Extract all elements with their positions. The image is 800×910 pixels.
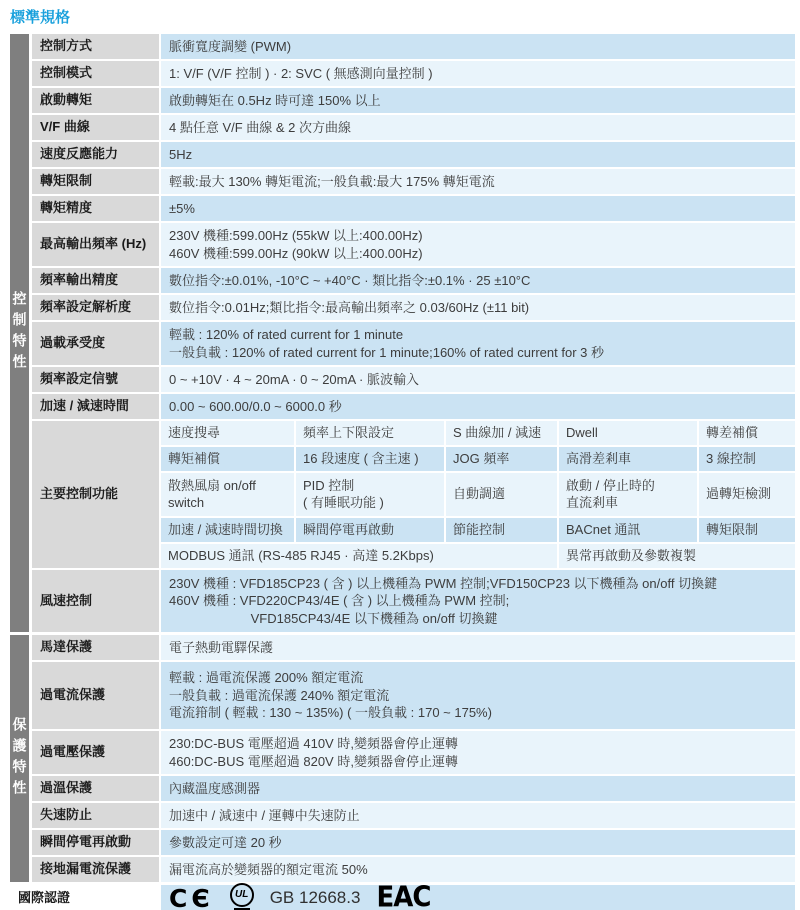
row-label: 控制模式 [32, 61, 159, 86]
row-value: 加速中 / 減速中 / 運轉中失速防止 [161, 803, 795, 828]
row-label: 過電壓保護 [32, 731, 159, 774]
gb-standard-text: GB 12668.3 [270, 887, 361, 910]
page-title: 標準規格 [10, 6, 795, 27]
row-value: 4 點任意 V/F 曲線 & 2 次方曲線 [161, 115, 795, 140]
row-value: 數位指令:0.01Hz;類比指令:最高輸出頻率之 0.03/60Hz (±11 … [161, 295, 795, 320]
control-section: 控制特性 控制方式 脈衝寬度調變 (PWM) 控制模式 1: V/F (V/F … [10, 34, 795, 632]
row-label: 過溫保護 [32, 776, 159, 801]
spec-row-overcurrent-protection: 過電流保護 輕載 : 過電流保護 200% 額定電流 一般負載 : 過電流保護 … [32, 662, 795, 729]
spec-row-torque-limit: 轉矩限制 輕載:最大 130% 轉矩電流;一般負載:最大 175% 轉矩電流 [32, 169, 795, 194]
function-cell: PID 控制 ( 有睡眠功能 ) [296, 473, 444, 516]
spec-page: 標準規格 控制特性 控制方式 脈衝寬度調變 (PWM) 控制模式 1: V/F … [0, 0, 800, 910]
spec-row-motor-protection: 馬達保護 電子熱動電驛保護 [32, 635, 795, 660]
row-label: 瞬間停電再啟動 [32, 830, 159, 855]
row-value: 0.00 ~ 600.00/0.0 ~ 6000.0 秒 [161, 394, 795, 419]
function-cell: 速度搜尋 [161, 421, 294, 445]
spec-row-control-method: 控制方式 脈衝寬度調變 (PWM) [32, 34, 795, 59]
function-cell: 散熱風扇 on/off switch [161, 473, 294, 516]
row-label: 主要控制功能 [32, 421, 159, 568]
function-cell: 轉矩限制 [699, 518, 795, 542]
row-value: 1: V/F (V/F 控制 ) · 2: SVC ( 無感測向量控制 ) [161, 61, 795, 86]
spec-row-speed-response: 速度反應能力 5Hz [32, 142, 795, 167]
row-label: 加速 / 減速時間 [32, 394, 159, 419]
ce-mark-icon: CЄ [169, 886, 214, 910]
modbus-comm-cell: MODBUS 通訊 (RS-485 RJ45 · 高達 5.2Kbps) [161, 544, 557, 568]
spec-row-vf-curve: V/F 曲線 4 點任意 V/F 曲線 & 2 次方曲線 [32, 115, 795, 140]
row-value: 數位指令:±0.01%, -10°C ~ +40°C · 類比指令:±0.1% … [161, 268, 795, 293]
function-cell: 轉矩補償 [161, 447, 294, 471]
row-label: 失速防止 [32, 803, 159, 828]
spec-row-momentary-power-loss-restart: 瞬間停電再啟動 參數設定可達 20 秒 [32, 830, 795, 855]
spec-row-overtemperature-protection: 過溫保護 內藏溫度感測器 [32, 776, 795, 801]
row-value: 電子熱動電驛保護 [161, 635, 795, 660]
row-value: ±5% [161, 196, 795, 221]
function-cell: 節能控制 [446, 518, 557, 542]
row-value: 脈衝寬度調變 (PWM) [161, 34, 795, 59]
row-label: 控制方式 [32, 34, 159, 59]
row-label: 過電流保護 [32, 662, 159, 729]
spec-row-frequency-setting-signal: 頻率設定信號 0 ~ +10V · 4 ~ 20mA · 0 ~ 20mA · … [32, 367, 795, 392]
spec-row-ground-leakage-protection: 接地漏電流保護 漏電流高於變頻器的額定電流 50% [32, 857, 795, 882]
eac-mark-icon: EAC [376, 884, 430, 910]
row-value: 230V 機種:599.00Hz (55kW 以上:400.00Hz) 460V… [161, 223, 795, 266]
spec-row-fan-control: 風速控制 230V 機種 : VFD185CP23 ( 含 ) 以上機種為 PW… [32, 570, 795, 632]
row-label: 頻率設定解析度 [32, 295, 159, 320]
function-cell: 3 線控制 [699, 447, 795, 471]
row-label: 過載承受度 [32, 322, 159, 365]
protection-section: 保護特性 馬達保護 電子熱動電驛保護 過電流保護 輕載 : 過電流保護 200%… [10, 635, 795, 882]
spec-row-main-control-functions: 主要控制功能 速度搜尋 頻率上下限設定 S 曲線加 / 減速 Dwell 轉差補… [32, 421, 795, 568]
function-cell: 高滑差剎車 [559, 447, 697, 471]
control-band-label: 控制特性 [10, 34, 29, 632]
row-value: 230V 機種 : VFD185CP23 ( 含 ) 以上機種為 PWM 控制;… [161, 570, 795, 632]
function-cell: Dwell [559, 421, 697, 445]
row-label: 頻率輸出精度 [32, 268, 159, 293]
spec-row-stall-prevention: 失速防止 加速中 / 減速中 / 運轉中失速防止 [32, 803, 795, 828]
row-value: 參數設定可達 20 秒 [161, 830, 795, 855]
row-label: 馬達保護 [32, 635, 159, 660]
spec-row-starting-torque: 啟動轉矩 啟動轉矩在 0.5Hz 時可達 150% 以上 [32, 88, 795, 113]
spec-row-frequency-output-accuracy: 頻率輸出精度 數位指令:±0.01%, -10°C ~ +40°C · 類比指令… [32, 268, 795, 293]
row-label: 頻率設定信號 [32, 367, 159, 392]
row-label: 國際認證 [10, 885, 159, 910]
row-label: 轉矩限制 [32, 169, 159, 194]
row-value: 輕載:最大 130% 轉矩電流;一般負載:最大 175% 轉矩電流 [161, 169, 795, 194]
restart-copy-cell: 異常再啟動及參數複製 [559, 544, 795, 568]
function-cell: 16 段速度 ( 含主速 ) [296, 447, 444, 471]
spec-row-overload-tolerance: 過載承受度 輕載 : 120% of rated current for 1 m… [32, 322, 795, 365]
spec-row-accel-decel-time: 加速 / 減速時間 0.00 ~ 600.00/0.0 ~ 6000.0 秒 [32, 394, 795, 419]
function-cell: 轉差補償 [699, 421, 795, 445]
function-cell: BACnet 通訊 [559, 518, 697, 542]
control-rows: 控制方式 脈衝寬度調變 (PWM) 控制模式 1: V/F (V/F 控制 ) … [32, 34, 795, 632]
row-label: V/F 曲線 [32, 115, 159, 140]
row-value: 內藏溫度感測器 [161, 776, 795, 801]
spec-row-frequency-resolution: 頻率設定解析度 數位指令:0.01Hz;類比指令:最高輸出頻率之 0.03/60… [32, 295, 795, 320]
row-label: 接地漏電流保護 [32, 857, 159, 882]
row-label: 速度反應能力 [32, 142, 159, 167]
row-value: 5Hz [161, 142, 795, 167]
row-value: 啟動轉矩在 0.5Hz 時可達 150% 以上 [161, 88, 795, 113]
function-cell: 瞬間停電再啟動 [296, 518, 444, 542]
main-control-grid: 速度搜尋 頻率上下限設定 S 曲線加 / 減速 Dwell 轉差補償 轉矩補償 … [161, 421, 795, 568]
row-value: 漏電流高於變頻器的額定電流 50% [161, 857, 795, 882]
spec-row-overvoltage-protection: 過電壓保護 230:DC-BUS 電壓超過 410V 時,變頻器會停止運轉 46… [32, 731, 795, 774]
spec-row-certifications: 國際認證 CЄ UL GB 12668.3 EAC [10, 885, 795, 910]
function-cell: S 曲線加 / 減速 [446, 421, 557, 445]
function-cell: 頻率上下限設定 [296, 421, 444, 445]
row-value: 230:DC-BUS 電壓超過 410V 時,變頻器會停止運轉 460:DC-B… [161, 731, 795, 774]
row-label: 啟動轉矩 [32, 88, 159, 113]
spec-row-control-mode: 控制模式 1: V/F (V/F 控制 ) · 2: SVC ( 無感測向量控制… [32, 61, 795, 86]
function-cell: 過轉矩檢測 [699, 473, 795, 516]
spec-row-torque-accuracy: 轉矩精度 ±5% [32, 196, 795, 221]
protection-band-label: 保護特性 [10, 635, 29, 882]
function-cell: 加速 / 減速時間切換 [161, 518, 294, 542]
row-value: 輕載 : 120% of rated current for 1 minute … [161, 322, 795, 365]
spec-row-max-output-frequency: 最高輸出頻率 (Hz) 230V 機種:599.00Hz (55kW 以上:40… [32, 223, 795, 266]
function-cell: 啟動 / 停止時的 直流剎車 [559, 473, 697, 516]
protection-rows: 馬達保護 電子熱動電驛保護 過電流保護 輕載 : 過電流保護 200% 額定電流… [32, 635, 795, 882]
row-label: 最高輸出頻率 (Hz) [32, 223, 159, 266]
certification-value: CЄ UL GB 12668.3 EAC [161, 885, 795, 910]
ul-mark-icon: UL [230, 883, 254, 910]
row-label: 轉矩精度 [32, 196, 159, 221]
row-value: 輕載 : 過電流保護 200% 額定電流 一般負載 : 過電流保護 240% 額… [161, 662, 795, 729]
row-label: 風速控制 [32, 570, 159, 632]
function-cell: JOG 頻率 [446, 447, 557, 471]
function-cell: 自動調適 [446, 473, 557, 516]
row-value: 0 ~ +10V · 4 ~ 20mA · 0 ~ 20mA · 脈波輸入 [161, 367, 795, 392]
